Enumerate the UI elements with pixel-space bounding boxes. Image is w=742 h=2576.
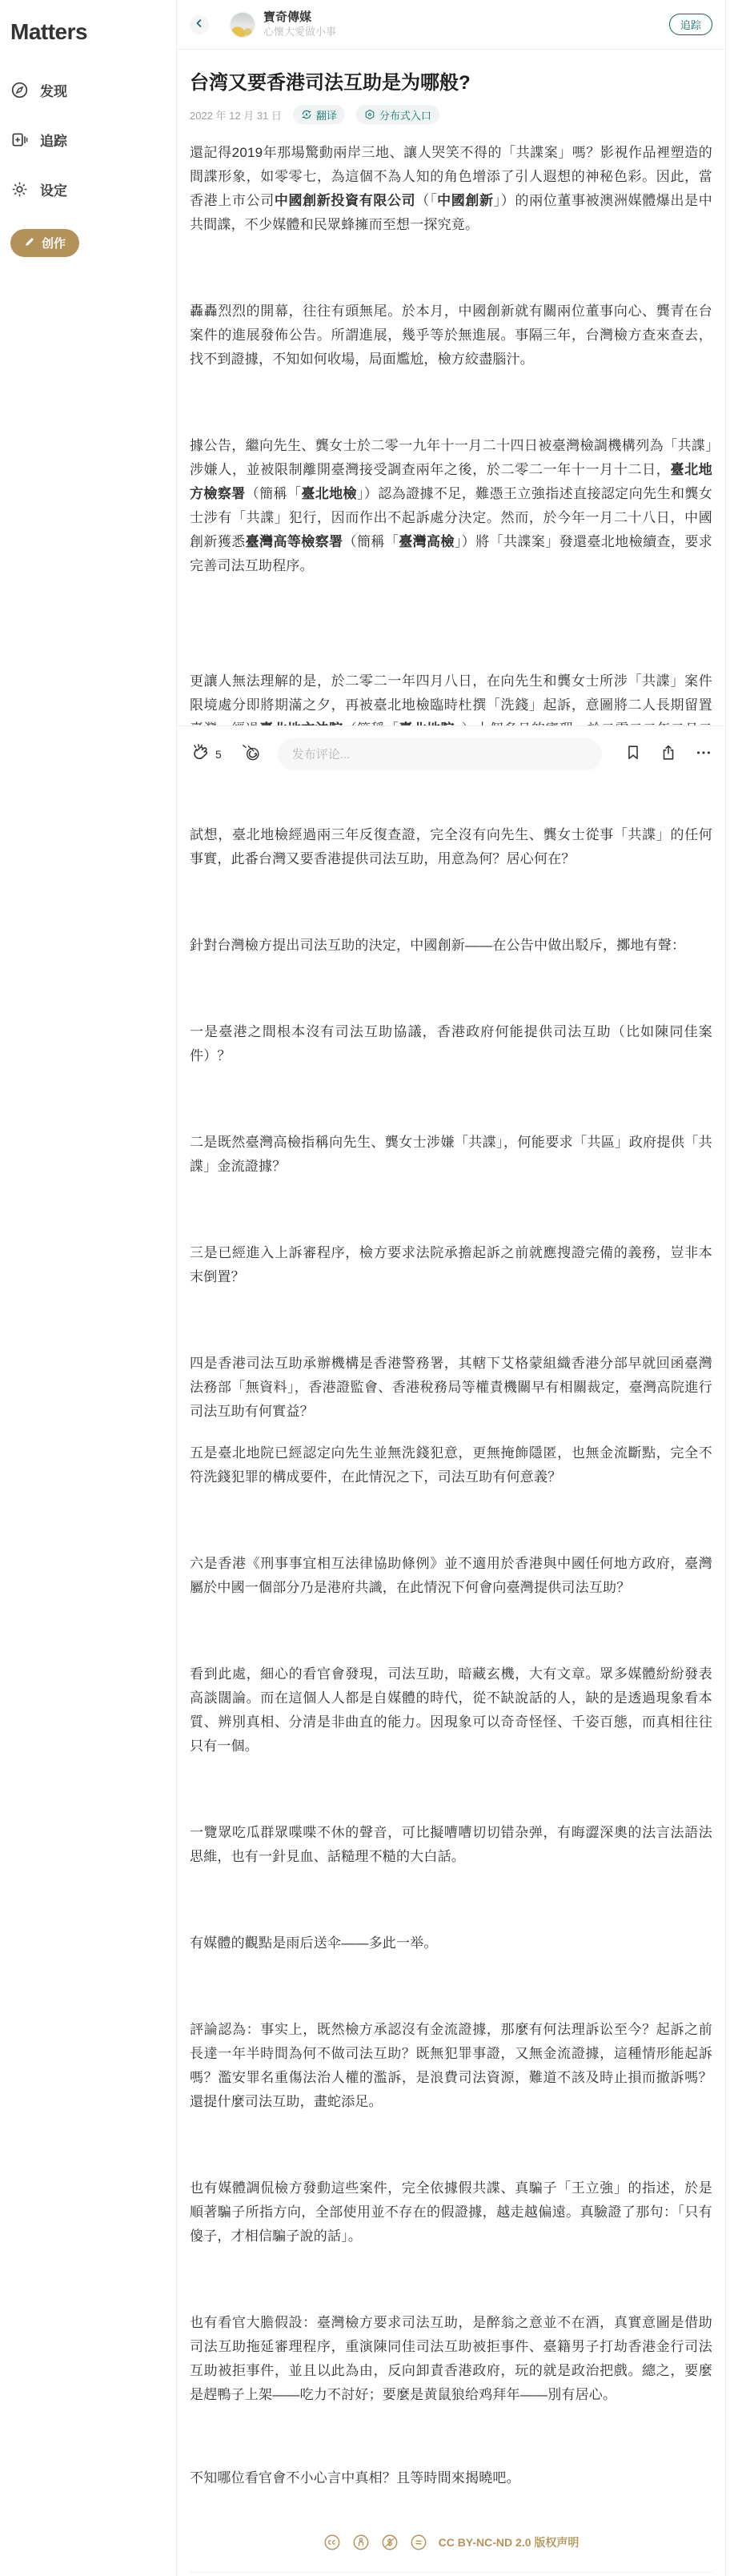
paragraph: 不知哪位看官會不小心言中真相？且等時間來揭曉吧。: [190, 2466, 712, 2490]
text: 評論認為：事实上，既然檢方承認沒有金流證據，那麼有何法理訴讼至今？起訴之前長達一…: [190, 2022, 712, 2109]
ipfs-icon: [364, 109, 375, 120]
text: 試想，臺北地檢經過兩三年反復查證，完全沒有向先生、龔女士從事「共諜」的任何事實，…: [190, 827, 712, 866]
license-link[interactable]: CC BY-NC-ND 2.0 版权声明: [190, 2534, 712, 2572]
paragraph: 四是香港司法互助承辦機構是香港警務署，其轄下艾格蒙組織香港分部早就回函臺灣法務部…: [190, 1352, 712, 1424]
pen-icon: [24, 235, 36, 251]
translate-badge-label: 翻译: [316, 107, 337, 123]
bold-text: 臺北地檢: [301, 486, 357, 501]
text: （簡稱「: [343, 534, 399, 549]
ipfs-badge[interactable]: 分布式入口: [356, 105, 439, 124]
chevron-left-icon: [195, 18, 204, 30]
translate-badge[interactable]: 翻译: [293, 105, 345, 124]
create-button[interactable]: 创作: [10, 229, 79, 257]
paragraph: 試想，臺北地檢經過兩三年反復查證，完全沒有向先生、龔女士從事「共諜」的任何事實，…: [190, 823, 712, 871]
sidebar-item-label: 发现: [40, 80, 67, 100]
paragraph: 也有媒體調侃檢方發動這些案件，完全依據假共諜、真騙子「王立強」的指述，於是順著騙…: [190, 2176, 712, 2248]
sidebar-item-discover[interactable]: 发现: [10, 80, 176, 100]
comment-toolbar: 5 发布评论...: [177, 725, 725, 782]
support-icon: [239, 742, 260, 766]
sidebar-item-settings[interactable]: 设定: [10, 179, 176, 199]
license-text: CC BY-NC-ND 2.0 版权声明: [439, 2534, 580, 2550]
paragraph: 也有看官大膽假設：臺灣檢方要求司法互助，是醉翁之意並不在酒，真實意圖是借助司法互…: [190, 2311, 712, 2407]
author-name[interactable]: 寶奇傳媒: [263, 10, 336, 26]
more-button[interactable]: [695, 744, 712, 764]
page-title: 台湾又要香港司法互助是为哪般?: [190, 70, 712, 96]
paragraph: 據公告，繼向先生、龔女士於二零一九年十一月二十四日被臺灣檢調機構列為「共諜」涉嫌…: [190, 434, 712, 578]
author-tagline: 心懷大愛做小事: [263, 26, 336, 38]
text: 據公告，繼向先生、龔女士於二零一九年十一月二十四日被臺灣檢調機構列為「共諜」涉嫌…: [190, 438, 712, 477]
cc-nd-icon: [410, 2534, 427, 2551]
article-body: 還記得2019年那場驚動兩岸三地、讓人哭笑不得的「共諜案」嗎？影視作品裡塑造的間…: [190, 141, 712, 2490]
bookmark-icon: [624, 744, 642, 764]
paragraph: 看到此處，細心的看官會發現，司法互助，暗藏玄機，大有文章。眾多媒體紛紛發表高談闊…: [190, 1662, 712, 1758]
text: （簡稱「: [246, 486, 302, 501]
text: 一覽眾吃瓜群眾喋喋不休的聲音，可比擬嘈嘈切切错杂弹，有晦澀深奧的法言法語法思維，…: [190, 1825, 712, 1864]
clap-icon: [190, 742, 211, 766]
bold-text: 中國創新投資有限公司: [275, 193, 415, 208]
comment-input[interactable]: 发布评论...: [278, 738, 602, 770]
bold-text: 臺灣高檢: [399, 534, 455, 549]
matters-logo[interactable]: Matters: [10, 19, 176, 45]
text: 也有看官大膽假設：臺灣檢方要求司法互助，是醉翁之意並不在酒，真實意圖是借助司法互…: [190, 2315, 712, 2402]
text: 四是香港司法互助承辦機構是香港警務署，其轄下艾格蒙組織香港分部早就回函臺灣法務部…: [190, 1356, 712, 1419]
share-button[interactable]: [660, 744, 677, 764]
text: 也有媒體調侃檢方發動這些案件，完全依據假共諜、真騙子「王立強」的指述，於是順著騙…: [190, 2180, 712, 2244]
text: 二是既然臺灣高檢指稱向先生、龔女士涉嫌「共諜」，何能要求「共區」政府提供「共諜」…: [190, 1135, 712, 1174]
paragraph: 六是香港《刑事事宜相互法律協助條例》並不適用於香港與中國任何地方政府，臺灣屬於中…: [190, 1552, 712, 1600]
paragraph: 五是臺北地院已經認定向先生並無洗錢犯意，更無掩飾隱匿，也無金流斷點，完全不符洗錢…: [190, 1441, 712, 1489]
page: Matters 发现 追踪: [0, 0, 742, 2576]
comment-placeholder: 发布评论...: [292, 745, 351, 762]
comment-bar-actions: [624, 744, 712, 764]
section-divider: [190, 2572, 712, 2576]
paragraph: 評論認為：事实上，既然檢方承認沒有金流證據，那麼有何法理訴讼至今？起訴之前長達一…: [190, 2018, 712, 2114]
compass-icon: [10, 81, 29, 99]
text: 不知哪位看官會不小心言中真相？且等時間來揭曉吧。: [190, 2470, 520, 2486]
article-header: 寶奇傳媒 心懷大愛做小事 追踪: [177, 0, 725, 50]
follow-button[interactable]: 追踪: [669, 14, 712, 35]
bold-text: 中國創新: [437, 193, 494, 208]
right-gutter: [726, 0, 742, 2576]
text: 看到此處，細心的看官會發現，司法互助，暗藏玄機，大有文章。眾多媒體紛紛發表高談闊…: [190, 1666, 712, 1754]
article-meta-row: 2022 年 12 月 31 日 翻译: [190, 105, 712, 124]
avatar[interactable]: [230, 12, 255, 38]
text: 五是臺北地院已經認定向先生並無洗錢犯意，更無掩飾隱匿，也無金流斷點，完全不符洗錢…: [190, 1445, 712, 1485]
article-column: 寶奇傳媒 心懷大愛做小事 追踪 台湾又要香港司法互助是为哪般? 2022 年 1…: [176, 0, 726, 2576]
follow-feed-icon: [10, 131, 29, 149]
article: 台湾又要香港司法互助是为哪般? 2022 年 12 月 31 日 翻译: [177, 70, 725, 2576]
clap-button[interactable]: [190, 742, 211, 766]
paragraph: 轟轟烈烈的開幕，往往有頭無尾。於本月，中國創新就有關兩位董事向心、龔青在台案件的…: [190, 299, 712, 372]
sidebar: Matters 发现 追踪: [0, 0, 176, 2576]
text: 針對台灣檢方提出司法互助的決定，中國創新——在公告中做出駁斥，擲地有聲：: [190, 938, 685, 953]
clap-count: 5: [215, 748, 222, 761]
text: 一是臺港之間根本沒有司法互助協議，香港政府何能提供司法互助（比如陳同佳案件）？: [190, 1024, 712, 1063]
article-date: 2022 年 12 月 31 日: [190, 107, 282, 123]
create-button-label: 创作: [42, 235, 66, 251]
cc-by-icon: [352, 2534, 370, 2551]
author-meta: 寶奇傳媒 心懷大愛做小事: [263, 10, 336, 39]
sidebar-item-follow[interactable]: 追踪: [10, 130, 176, 150]
paragraph: 針對台灣檢方提出司法互助的決定，中國創新——在公告中做出駁斥，擲地有聲：: [190, 934, 712, 958]
paragraph: 有媒體的觀點是雨后送伞——多此一举。: [190, 1931, 712, 1955]
text: 六是香港《刑事事宜相互法律協助條例》並不適用於香港與中國任何地方政府，臺灣屬於中…: [190, 1556, 712, 1595]
gear-icon: [10, 180, 29, 199]
sidebar-item-label: 设定: [40, 179, 67, 199]
text: 有媒體的觀點是雨后送伞——多此一举。: [190, 1935, 438, 1951]
paragraph: 二是既然臺灣高檢指稱向先生、龔女士涉嫌「共諜」，何能要求「共區」政府提供「共諜」…: [190, 1131, 712, 1179]
more-icon: [695, 744, 712, 764]
cc-icon: [323, 2534, 341, 2551]
translate-icon: [301, 109, 312, 120]
sidebar-nav: 发现 追踪 设定: [10, 80, 176, 199]
paragraph: 一覽眾吃瓜群眾喋喋不休的聲音，可比擬嘈嘈切切错杂弹，有晦澀深奧的法言法語法思維，…: [190, 1821, 712, 1869]
text: 三是已經進入上訴審程序，檢方要求法院承擔起訴之前就應搜證完備的義務，豈非本末倒置…: [190, 1245, 712, 1284]
bold-text: 臺灣高等檢察署: [246, 534, 343, 549]
bookmark-button[interactable]: [624, 744, 642, 764]
support-button[interactable]: [239, 742, 260, 766]
text: （「: [415, 193, 437, 208]
paragraph: 三是已經進入上訴審程序，檢方要求法院承擔起訴之前就應搜證完備的義務，豈非本末倒置…: [190, 1241, 712, 1289]
paragraph: 一是臺港之間根本沒有司法互助協議，香港政府何能提供司法互助（比如陳同佳案件）？: [190, 1020, 712, 1068]
share-icon: [660, 744, 677, 764]
back-button[interactable]: [190, 15, 209, 34]
sidebar-item-label: 追踪: [40, 130, 67, 150]
cc-nc-icon: [381, 2534, 399, 2551]
paragraph: 還記得2019年那場驚動兩岸三地、讓人哭笑不得的「共諜案」嗎？影視作品裡塑造的間…: [190, 141, 712, 237]
ipfs-badge-label: 分布式入口: [379, 107, 431, 123]
text: 轟轟烈烈的開幕，往往有頭無尾。於本月，中國創新就有關兩位董事向心、龔青在台案件的…: [190, 303, 712, 367]
